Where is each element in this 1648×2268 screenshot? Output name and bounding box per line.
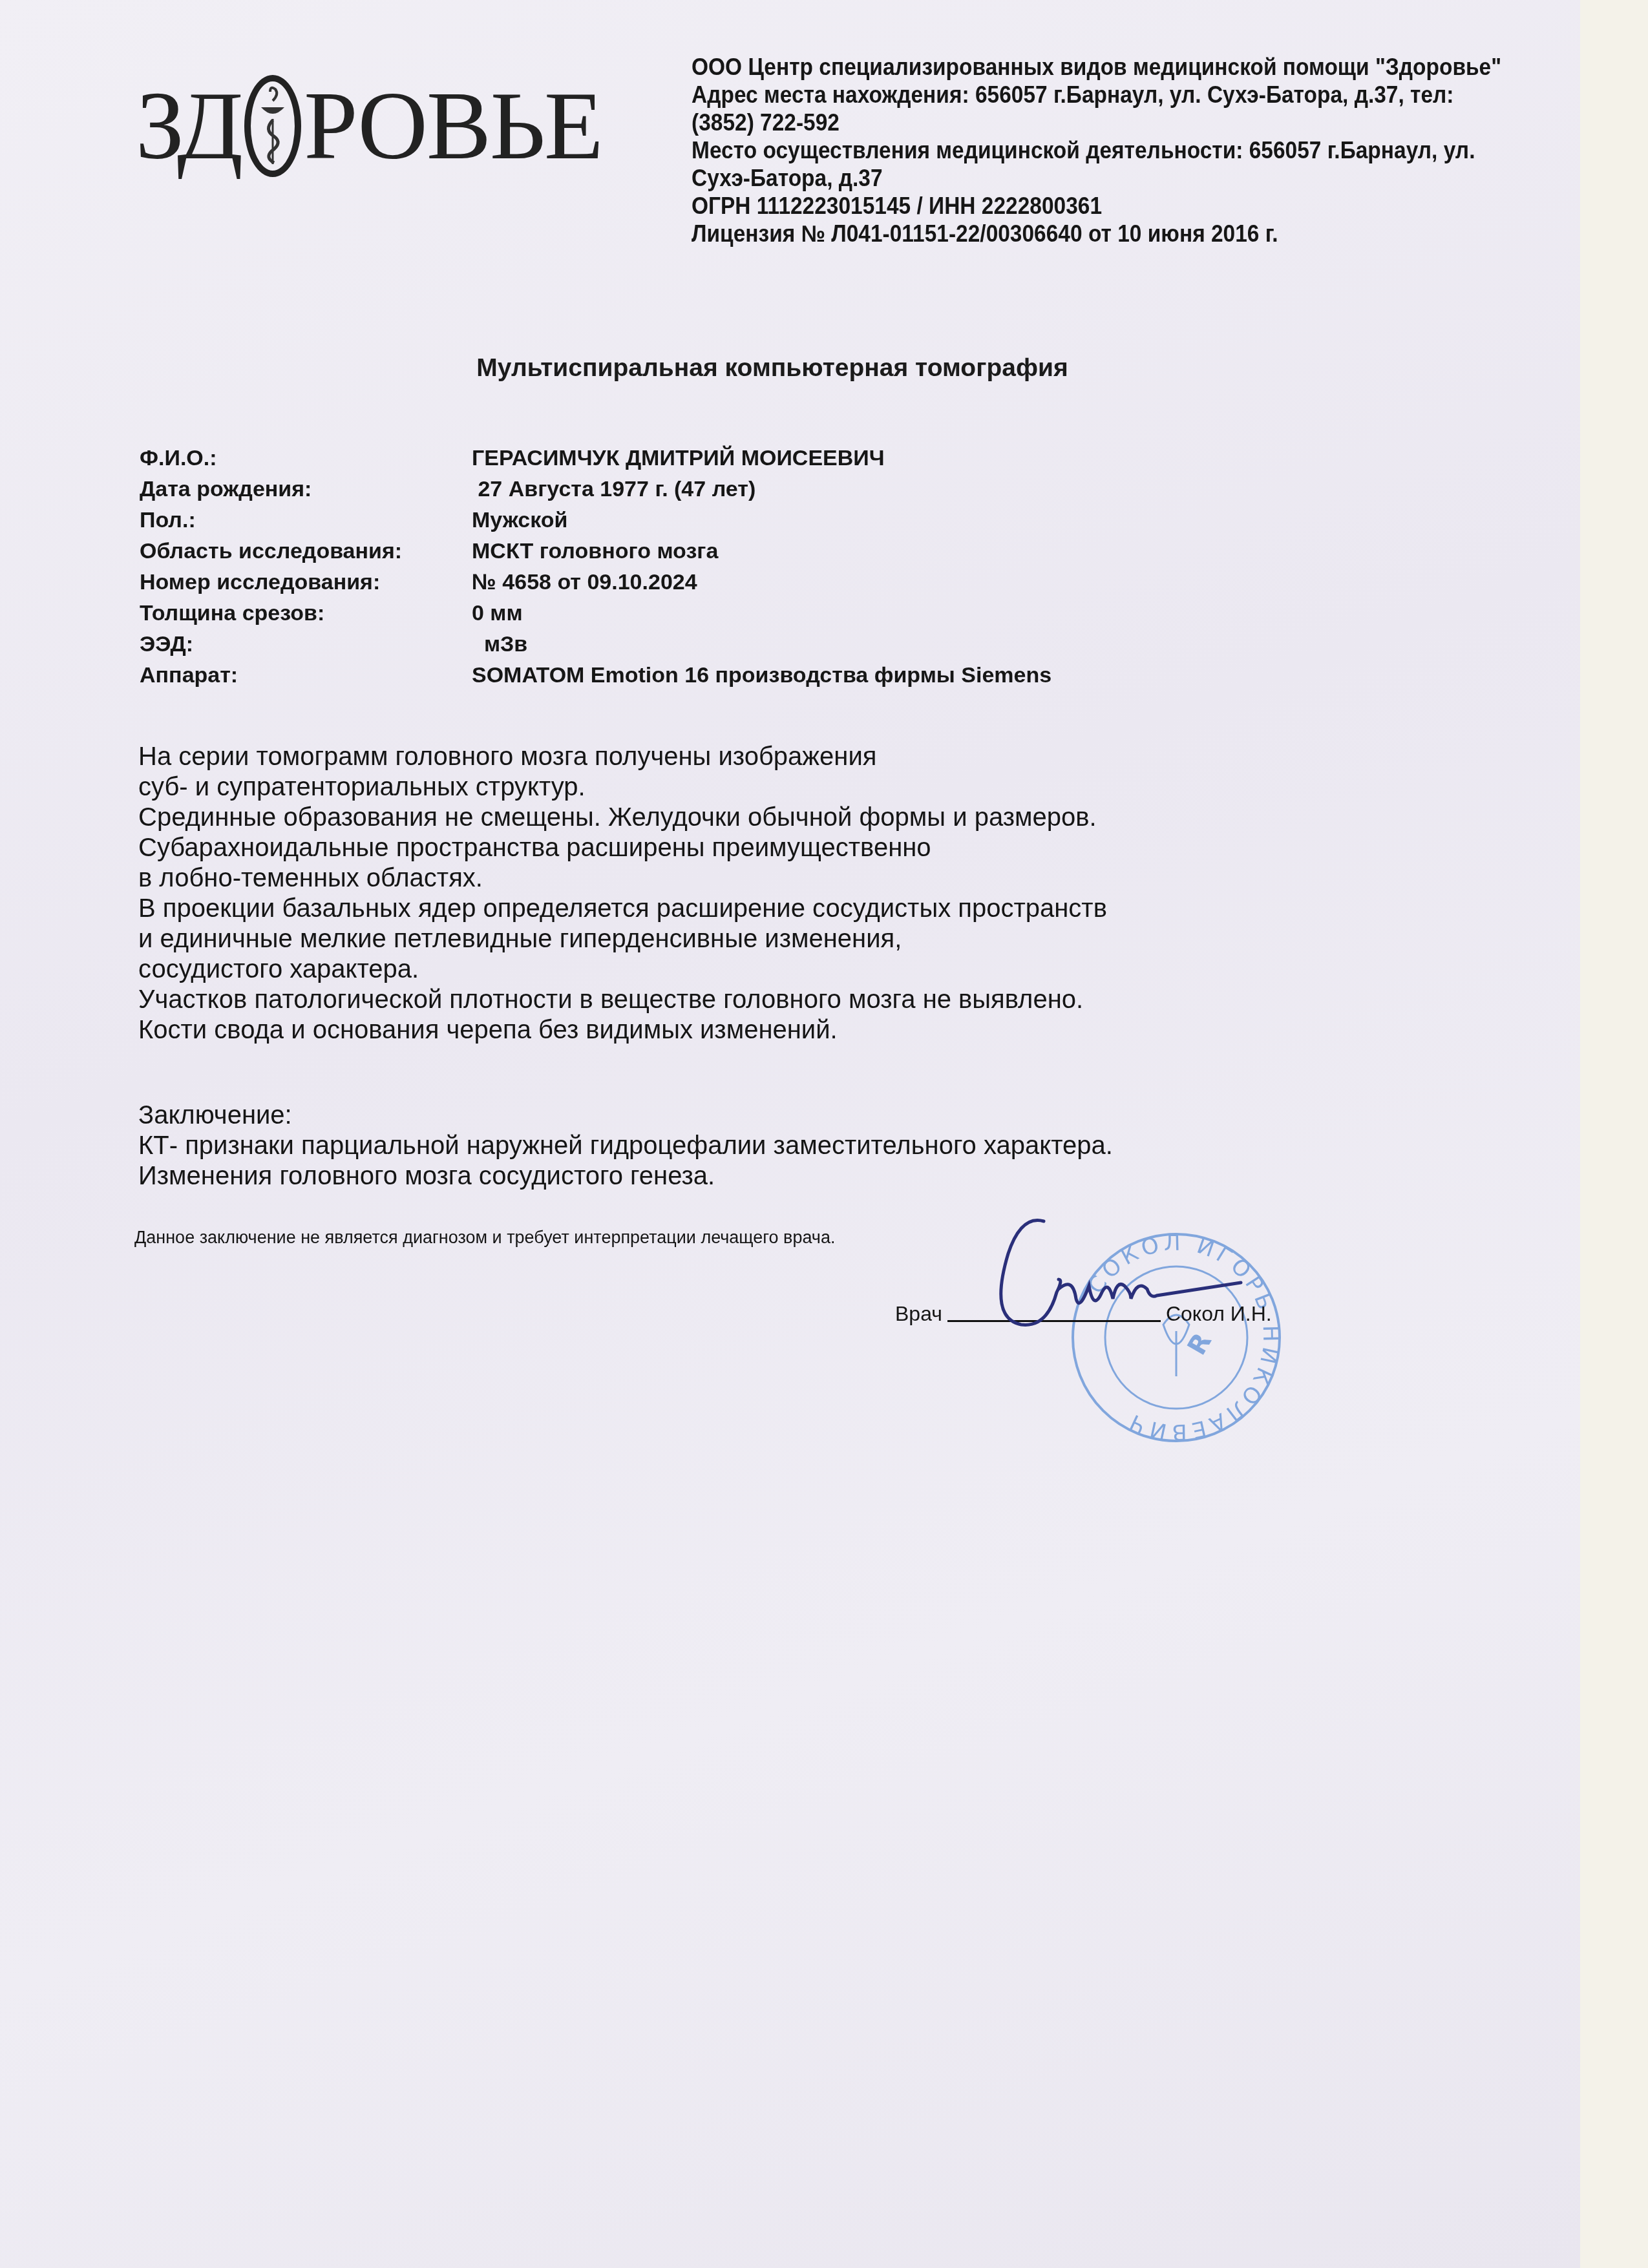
findings-description: На серии томограмм головного мозга получ…: [138, 742, 1107, 1045]
findings-line: Субарахноидальные пространства расширены…: [138, 833, 1107, 863]
logo-text-right: РОВЬЕ: [304, 70, 602, 182]
field-label: Пол.:: [140, 508, 196, 533]
field-label: Ф.И.О.:: [140, 446, 217, 471]
org-practice-address-cont: Сухэ-Батора, д.37: [692, 164, 1491, 192]
field-label: Дата рождения:: [140, 477, 312, 502]
field-label: Область исследования:: [140, 539, 402, 564]
org-address: Адрес места нахождения: 656057 г.Барнаул…: [692, 81, 1491, 109]
conclusion-line: КТ- признаки парциальной наружней гидроц…: [138, 1131, 1113, 1161]
org-registration: ОГРН 1112223015145 / ИНН 2222800361: [692, 192, 1491, 220]
field-value: 27 Августа 1977 г. (47 лет): [472, 477, 755, 502]
logo-text-left: ЗД: [136, 70, 242, 182]
conclusion-heading: Заключение:: [138, 1100, 1113, 1131]
document-title: Мультиспиральная компьютерная томография: [0, 354, 1545, 383]
field-value: 0 мм: [472, 601, 523, 626]
findings-line: Кости свода и основания черепа без видим…: [138, 1015, 1107, 1045]
field-value: Мужской: [472, 508, 567, 533]
findings-line: сосудистого характера.: [138, 954, 1107, 985]
field-value: № 4658 от 09.10.2024: [472, 570, 697, 595]
findings-line: На серии томограмм головного мозга получ…: [138, 742, 1107, 772]
field-label: Толщина срезов:: [140, 601, 324, 626]
scan-edge: [1580, 0, 1648, 2268]
conclusion-line: Изменения головного мозга сосудистого ге…: [138, 1161, 1113, 1192]
field-value: ГЕРАСИМЧУК ДМИТРИЙ МОИСЕЕВИЧ: [472, 446, 885, 471]
findings-line: в лобно-теменных областях.: [138, 863, 1107, 894]
org-license: Лицензия № Л041-01151-22/00306640 от 10 …: [692, 220, 1491, 247]
field-label: Аппарат:: [140, 663, 238, 688]
findings-line: В проекции базальных ядер определяется р…: [138, 894, 1107, 924]
field-value: МСКТ головного мозга: [472, 539, 718, 564]
findings-line: Участков патологической плотности в веще…: [138, 985, 1107, 1015]
org-name: ООО Центр специализированных видов медиц…: [692, 53, 1491, 81]
organization-header: ООО Центр специализированных видов медиц…: [692, 53, 1491, 247]
field-value: SOMATOM Emotion 16 производства фирмы Si…: [472, 663, 1051, 688]
disclaimer-note: Данное заключение не является диагнозом …: [134, 1228, 835, 1248]
org-practice-address: Место осуществления медицинской деятельн…: [692, 136, 1491, 164]
conclusion-section: Заключение: КТ- признаки парциальной нар…: [138, 1100, 1113, 1192]
findings-line: и единичные мелкие петлевидные гиперденс…: [138, 924, 1107, 954]
bowl-of-hygieia-icon: [244, 75, 301, 177]
findings-line: Срединные образования не смещены. Желудо…: [138, 803, 1107, 833]
doctor-role-label: Врач: [895, 1302, 942, 1326]
field-label: Номер исследования:: [140, 570, 380, 595]
field-value: мЗв: [472, 632, 527, 657]
handwritten-signature-icon: [944, 1215, 1305, 1344]
org-phone: (3852) 722-592: [692, 109, 1491, 136]
clinic-logo: ЗД РОВЬЕ: [136, 78, 602, 174]
field-label: ЭЭД:: [140, 632, 193, 657]
findings-line: суб- и супратенториальных структур.: [138, 772, 1107, 803]
